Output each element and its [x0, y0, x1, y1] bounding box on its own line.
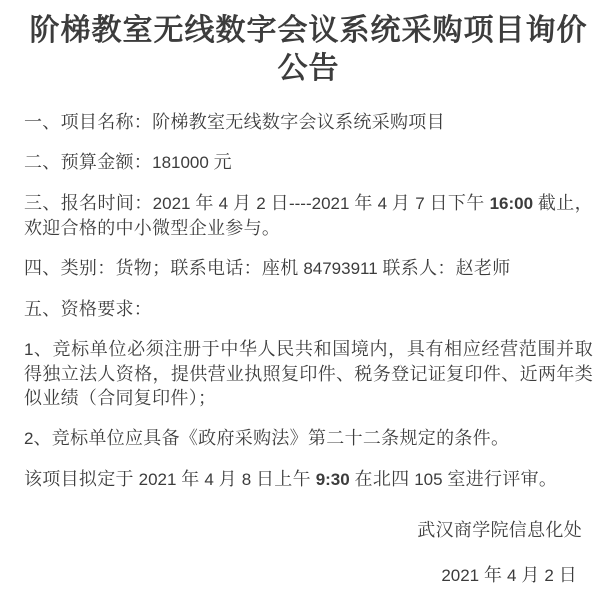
text-run: 日上午	[251, 469, 316, 489]
bold-time-text: 16:00	[490, 194, 533, 213]
numeric-text: 2021	[441, 566, 479, 585]
text-run: 室进行评审。	[443, 469, 558, 489]
numeric-text: 2021	[153, 194, 191, 213]
paragraph-item-4-category-contact: 四、类别：货物；联系电话：座机 84793911 联系人：赵老师	[24, 256, 593, 281]
text-run: 年	[190, 193, 218, 213]
text-run: 联系人：赵老师	[378, 258, 511, 278]
text-run: 二、预算金额：	[24, 152, 152, 172]
numeric-text: ----2021	[289, 194, 349, 213]
document-title: 阶梯教室无线数字会议系统采购项目询价公告	[24, 12, 593, 88]
text-run: 月	[387, 193, 415, 213]
numeric-text: 181000	[152, 153, 209, 172]
paragraph-list: 一、项目名称：阶梯教室无线数字会议系统采购项目二、预算金额：181000 元三、…	[24, 110, 593, 492]
bold-time-text: 9:30	[316, 470, 350, 489]
paragraph-item-3-registration-time: 三、报名时间：2021 年 4 月 2 日----2021 年 4 月 7 日下…	[24, 191, 593, 240]
numeric-text: 4	[204, 470, 213, 489]
paragraph-qualification-2: 2、竞标单位应具备《政府采购法》第二十二条规定的条件。	[24, 426, 593, 451]
text-run: 年	[349, 193, 377, 213]
paragraph-qualification-1: 1、竞标单位必须注册于中华人民共和国境内，具有相应经营范围并取得独立法人资格，提…	[24, 337, 593, 410]
text-run: 在北四	[350, 469, 415, 489]
text-run: 、竞标单位必须注册于中华人民共和国境内，具有相应经营范围并取得独立法人资格，提供…	[24, 339, 593, 408]
numeric-text: 84793911	[303, 259, 377, 278]
text-run: 三、报名时间：	[24, 193, 153, 213]
text-run: 元	[209, 152, 232, 172]
numeric-text: 105	[414, 470, 442, 489]
text-run: 日下午	[425, 193, 490, 213]
numeric-text: 4	[507, 566, 516, 585]
numeric-text: 2	[256, 194, 265, 213]
paragraph-item-1-project-name: 一、项目名称：阶梯教室无线数字会议系统采购项目	[24, 110, 593, 134]
announcement-document: 阶梯教室无线数字会议系统采购项目询价公告 一、项目名称：阶梯教室无线数字会议系统…	[0, 0, 616, 592]
signature-organization: 武汉商学院信息化处	[24, 518, 582, 542]
numeric-text: 8	[242, 470, 251, 489]
paragraph-item-2-budget: 二、预算金额：181000 元	[24, 150, 593, 175]
paragraph-item-5-qualifications-heading: 五、资格要求：	[24, 297, 593, 321]
text-run: 该项目拟定于	[24, 469, 139, 489]
numeric-text: 2	[544, 566, 553, 585]
text-run: 月	[214, 469, 242, 489]
text-run: 、竞标单位应具备《政府采购法》第二十二条规定的条件。	[33, 428, 509, 448]
text-run: 日	[554, 565, 577, 585]
text-run: 四、类别：货物；联系电话：座机	[24, 258, 303, 278]
text-run: 月	[228, 193, 256, 213]
text-run: 五、资格要求：	[24, 299, 152, 319]
text-run: 一、项目名称：阶梯教室无线数字会议系统采购项目	[24, 112, 445, 132]
text-run: 月	[517, 565, 545, 585]
text-run: 年	[176, 469, 204, 489]
numeric-text: 4	[219, 194, 228, 213]
text-run: 武汉商学院信息化处	[417, 520, 582, 540]
numeric-text: 4	[378, 194, 387, 213]
text-run: 日	[266, 193, 289, 213]
signature-date: 2021 年 4 月 2 日	[24, 563, 577, 588]
numeric-text: 2021	[139, 470, 177, 489]
numeric-text: 7	[415, 194, 424, 213]
paragraph-review-arrangement: 该项目拟定于 2021 年 4 月 8 日上午 9:30 在北四 105 室进行…	[24, 467, 593, 492]
text-run: 年	[479, 565, 507, 585]
